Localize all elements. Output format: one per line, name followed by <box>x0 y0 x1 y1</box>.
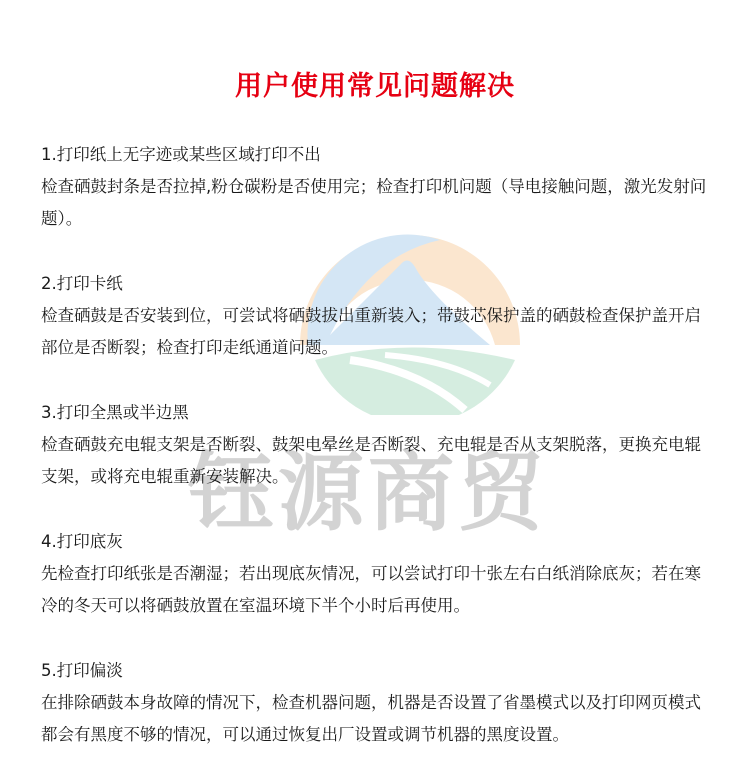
faq-heading: 1.打印纸上无字迹或某些区域打印不出 <box>41 139 711 171</box>
faq-body: 检查硒鼓是否安装到位，可尝试将硒鼓拔出重新装入；带鼓芯保护盖的硒鼓检查保护盖开启… <box>41 300 711 364</box>
faq-item: 3.打印全黑或半边黑 检查硒鼓充电辊支架是否断裂、鼓架电晕丝是否断裂、充电辊是否… <box>41 397 711 493</box>
faq-item: 4.打印底灰 先检查打印纸张是否潮湿；若出现底灰情况，可以尝试打印十张左右白纸消… <box>41 526 711 622</box>
faq-body: 检查硒鼓封条是否拉掉,粉仓碳粉是否使用完；检查打印机问题（导电接触问题，激光发射… <box>41 171 711 235</box>
faq-item: 1.打印纸上无字迹或某些区域打印不出 检查硒鼓封条是否拉掉,粉仓碳粉是否使用完；… <box>41 139 711 235</box>
faq-list: 1.打印纸上无字迹或某些区域打印不出 检查硒鼓封条是否拉掉,粉仓碳粉是否使用完；… <box>41 139 711 777</box>
faq-heading: 5.打印偏淡 <box>41 655 711 687</box>
faq-heading: 4.打印底灰 <box>41 526 711 558</box>
faq-heading: 3.打印全黑或半边黑 <box>41 397 711 429</box>
faq-body: 在排除硒鼓本身故障的情况下，检查机器问题，机器是否设置了省墨模式以及打印网页模式… <box>41 687 711 751</box>
faq-item: 5.打印偏淡 在排除硒鼓本身故障的情况下，检查机器问题，机器是否设置了省墨模式以… <box>41 655 711 751</box>
faq-heading: 2.打印卡纸 <box>41 268 711 300</box>
page-title: 用户使用常见问题解决 <box>0 64 750 103</box>
faq-body: 检查硒鼓充电辊支架是否断裂、鼓架电晕丝是否断裂、充电辊是否从支架脱落，更换充电辊… <box>41 429 711 493</box>
faq-item: 2.打印卡纸 检查硒鼓是否安装到位，可尝试将硒鼓拔出重新装入；带鼓芯保护盖的硒鼓… <box>41 268 711 364</box>
faq-body: 先检查打印纸张是否潮湿；若出现底灰情况，可以尝试打印十张左右白纸消除底灰；若在寒… <box>41 558 711 622</box>
